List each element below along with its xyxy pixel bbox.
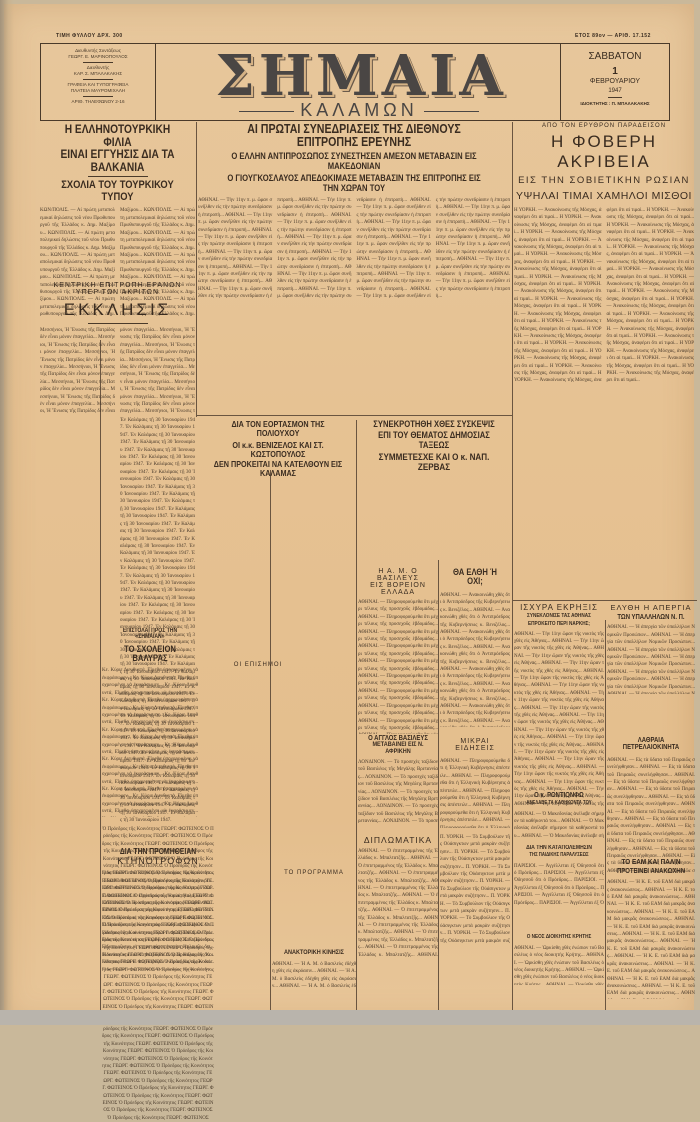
article-body: Μεσσήνιοι, Ἡ Ἕνωσις τῆς Πατρίδος δὲν εἶν… bbox=[40, 327, 195, 417]
article-ridgeway: Ο κ. ΡΟΝΤΙΟΝΦΩ ΑΝΕΛΑΒΕ ΤΑ ΚΑΘΗΚΟΝΤΑ ΤΟΥ … bbox=[514, 792, 604, 841]
subhead: ΑΝΕΛΑΒΕ ΤΑ ΚΑΘΗΚΟΝΤΑ ΤΟΥ bbox=[521, 801, 598, 806]
article-commission: ΑΙ ΠΡΩΤΑΙ ΣΥΝΕΔΡΙΑΣΕΙΣ ΤΗΣ ΔΙΕΘΝΟΥΣ ΕΠΙΤ… bbox=[198, 123, 510, 432]
headline: ΕΚΚΛΗΣΙΣ bbox=[40, 300, 195, 320]
article-explosions: ΙΣΧΥΡΑ ΕΚΡΗΞΙΣ ΣΥΝΕΚΛΟΝΙΣΕ ΤΑΣ ΑΘΗΝΑΣ ΕΠ… bbox=[514, 603, 604, 806]
headline: ΔΕΝ ΠΡΟΚΕΙΤΑΙ ΝΑ ΚΑΤΕΛΘΟΥΝ ΕΙΣ ΚΑΛΑΜΑΣ bbox=[210, 460, 346, 478]
article-strike: ΕΛΥΘΗ Η ΑΠΕΡΓΙΑ ΤΩΝ ΥΠΑΛΛΗΛΩΝ Ν. Π. ΑΘΗΝ… bbox=[607, 603, 695, 694]
headline: Ο ΝΕΟΣ ΔΙΟΙΚΗΤΗΣ ΚΡΗΤΗΣ bbox=[521, 935, 598, 941]
subhead: ΣΥΝΕΚΛΟΝΙΣΕ ΤΑΣ ΑΘΗΝΑΣ bbox=[521, 614, 598, 620]
headline: Η ΕΛΛΗΝΟΤΟΥΡΚΙΚΗ ΦΙΛΙΑ bbox=[52, 123, 184, 148]
article-crete: Ο ΝΕΟΣ ΔΙΟΙΚΗΤΗΣ ΚΡΗΤΗΣ ΑΘΗΝΑΙ. — Ὡρκίσθ… bbox=[514, 935, 604, 985]
masthead: Διευθυντής Συντάξεως ΓΕΩΡΓ. Ε. ΜΑΡΙΝΟΠΟΥ… bbox=[40, 43, 670, 121]
article-body: ΠΑΡΙΣΙΟΙ. — Ἀγγέλλεται ἐξ Ὀδησσοῦ ὅτι ὁ … bbox=[514, 863, 604, 908]
owner-line: ΙΔΙΟΚΤΗΤΗΣ : Π. ΜΠΑΛΑΚΑΚΗΣ bbox=[561, 101, 669, 106]
subhead: ΣΧΟΛΙΑ ΤΟΥ ΤΟΥΡΚΙΚΟΥ ΤΥΠΟΥ bbox=[52, 180, 184, 203]
kicker: ΚΕΝΤΡΙΚΗ ΕΠΙΤΡΟΠΗ ΕΡΑΝΩΝ bbox=[40, 282, 195, 289]
article-body bbox=[198, 482, 358, 662]
subhead: Ο ΓΙΟΥΓΚΟΣΛΑΥΟΣ ΑΠΕΔΟΚΙΜΑΣΕ ΜΕΤΑΒΑΣΙΝ ΤΗ… bbox=[221, 174, 486, 193]
headline: ΜΙΚΡΑΙ ΕΙΔΗΣΕΙΣ bbox=[440, 738, 510, 752]
article-english-king: Ο ΑΓΓΛΟΣ ΒΑΣΙΛΕΥΣ ΜΕΤΑΒΑΙΝΕΙ ΕΙΣ Ν. ΑΦΡΙ… bbox=[358, 735, 438, 823]
issue-note: ΕΤΟΣ 89ον — ΑΡΙΘ. 17.152 bbox=[575, 33, 651, 39]
headline: ΕΠΙ ΤΟΥ ΘΕΜΑΤΟΣ ΔΗΜΟΣΙΑΣ ΤΑΞΕΩΣ bbox=[369, 431, 498, 450]
headline: ΕΙΝΑΙ ΕΓΓΥΗΣΙΣ ΔΙΑ ΤΑ ΒΑΛΚΑΝΙΑ bbox=[52, 148, 184, 173]
headline: ΠΡΟΤΕΙΝΕΙ ΑΝΑΚΩΧΗΝ bbox=[614, 868, 689, 875]
headline: ΑΙ ΠΡΩΤΑΙ ΣΥΝΕΔΡΙΑΣΕΙΣ ΤΗΣ ΔΙΕΘΝΟΥΣ ΕΠΙΤ… bbox=[221, 123, 486, 149]
article-body: Κε. Κύριε Διευθυντά, Εἴμεθα ὑποχρεωμένοι… bbox=[102, 667, 198, 817]
headline: ΔΙΠΛΩΜΑΤΙΚΑ bbox=[358, 835, 438, 845]
credit-line: ΠΛΑΤΕΙΑ ΜΑΥΡΟΜΙΧΑΛΗ bbox=[41, 88, 155, 94]
issue-date-box: ΣΑΒΒΑΤΟΝ 1 ΦΕΒΡΟΥΑΡΙΟΥ 1947 ΙΔΙΟΚΤΗΤΗΣ :… bbox=[560, 44, 669, 120]
subhead: ΥΨΗΛΑΙ ΤΙΜΑΙ ΧΑΜΗΛΟΙ ΜΙΣΘΟΙ bbox=[514, 190, 694, 202]
article-small-news: ΜΙΚΡΑΙ ΕΙΔΗΣΕΙΣ ΑΘΗΝΑΙ. — Πληροφορούμεθα… bbox=[440, 738, 510, 944]
kicker: ΥΠΕΡ ΤΩΝ ΑΚΡΙΤΩΝ bbox=[40, 289, 195, 296]
livestock-signature: Ὁ Πρόεδρος τῆς Κοινότητος ΓΕΩΡΓ. ΦΩΤΕΙΝΟ… bbox=[102, 826, 214, 1025]
date-month: ΦΕΒΡΟΥΑΡΙΟΥ bbox=[561, 78, 669, 85]
article-body: ΑΘΗΝΑΙ. — Τὴν 11ην π. μ. ὥραν συνῆλθεν ε… bbox=[198, 197, 510, 432]
article-body: ΑΘΗΝΑΙ. — Ὡρκίσθη χθὲς ἐνώπιον τοῦ Βασιλ… bbox=[514, 945, 604, 985]
price-note: ΤΙΜΗ ΦΥΛΛΟΥ ΔΡΧ. 300 bbox=[56, 33, 123, 39]
subhead: Ο ΕΛΛΗΝ ΑΝΤΙΠΡΟΣΩΠΟΣ ΣΥΝΕΣΤΗΣΕΝ ΑΜΕΣΟΝ Μ… bbox=[221, 152, 486, 171]
article-body: Π. ΥΟΡΚΗ. — Τὸ Συμβούλιον τῆς Οὐάσιγκτων… bbox=[440, 834, 510, 944]
subhead: ΤΗΣ ΠΑΙΔΙΚΗΣ ΠΑΡΑΛΥΣΕΩΣ bbox=[521, 853, 598, 858]
headline: ΕΙΣ ΒΟΡΕΙΟΝ ΕΛΛΑΔΑ bbox=[358, 582, 438, 596]
article-diplomatic: ΔΙΠΛΩΜΑΤΙΚΑ ΑΘΗΝΑΙ. — Ὁ ἐπιτετραμμένος τ… bbox=[358, 835, 438, 958]
headline: ΕΛΥΘΗ Η ΑΠΕΡΓΙΑ bbox=[607, 603, 695, 612]
headline: ΑΝΑΚΤΟΡΙΚΗ ΚΙΝΗΣΙΣ bbox=[278, 950, 349, 957]
subhead: ΕΙΣ ΤΗΝ ΣΟΒΙΕΤΙΚΗΝ ΡΩΣΙΑΝ bbox=[514, 175, 694, 186]
section-heading: ΟΙ ΕΠΙΣΗΜΟΙ bbox=[158, 662, 358, 668]
kicker: ΕΠΙΣΤΟΛΑΙ ΠΡΟΣ ΤΗΝ «ΣΗΜΑΙΑΝ» bbox=[109, 628, 191, 641]
date-year: 1947 bbox=[561, 88, 669, 94]
article-body: ΑΘΗΝΑΙ. — Πληροφορούμεθα ὅτι ἡ Ἑλληνικὴ … bbox=[440, 758, 510, 828]
headline: ΣΥΜΜΕΤΕΣΧΕ ΚΑΙ Ο κ. ΝΑΠ. ΖΕΡΒΑΣ bbox=[369, 453, 498, 473]
date-day: 1 bbox=[561, 66, 669, 77]
section-heading: ΤΟ ΠΡΟΓΡΑΜΜΑ bbox=[272, 870, 356, 876]
article-body: ΑΘΗΝΑΙ. — Ὁ ἐπιτετραμμένος τῆς Ἑλλάδος κ… bbox=[358, 848, 438, 958]
headline: ΤΟ ΕΑΜ ΚΑΙ ΠΑΛΙΝ bbox=[614, 858, 689, 866]
headline: ΔΙΑ ΤΗΝ ΚΑΤΑΠΟΛΕΜΗΣΙΝ bbox=[521, 845, 598, 851]
date-weekday: ΣΑΒΒΑΤΟΝ bbox=[561, 51, 669, 62]
headline: ΘΑ ΕΛΘΗ Ή ΟΧΙ; bbox=[445, 568, 505, 587]
article-body: ΑΘΗΝΑΙ. — Ἡ Κ. Ε. τοῦ ΕΑΜ διὰ μακρᾶς ἀνα… bbox=[607, 879, 695, 999]
scan-background bbox=[0, 1010, 700, 1025]
kicker: ΔΙΑ ΤΟΝ ΕΟΡΤΑΣΜΟΝ ΤΗΣ ΠΟΛΙΟΥΧΟΥ bbox=[210, 420, 346, 438]
article-body: ΑΘΗΝΑΙ. — Ἀνακοινώθη χθὲς ὅτι ὁ Ἀντιπρόε… bbox=[440, 592, 510, 727]
article-smuggling: ΛΑΘΡΑΙΑ ΠΕΤΡΕΛΑΙΟΚΙΝΗΤΑ ΑΘΗΝΑΙ. — Εἰς τὰ… bbox=[607, 737, 695, 872]
headline: ΟΙ κ.κ. ΒΕΝΙΖΕΛΟΣ ΚΑΙ ΣΤ. ΚΩΣΤΟΠΟΥΛΟΣ bbox=[210, 441, 346, 459]
article-children: ΔΙΑ ΤΗΝ ΚΑΤΑΠΟΛΕΜΗΣΙΝ ΤΗΣ ΠΑΙΔΙΚΗΣ ΠΑΡΑΛ… bbox=[514, 845, 604, 908]
headline: Ο κ. ΡΟΝΤΙΟΝΦΩ bbox=[521, 792, 598, 799]
article-body: ΛΟΝΔΙΝΟΝ. — Τὸ προσεχὲς ταξίδιον τοῦ Βασ… bbox=[358, 759, 438, 823]
headline: ΛΑΘΡΑΙΑ ΠΕΤΡΕΛΑΙΟΚΙΝΗΤΑ bbox=[614, 737, 689, 752]
article-body: ΑΘΗΝΑΙ. — Ὁ Μακεδονίας ἀνέλαβε σήμερον τ… bbox=[514, 811, 604, 841]
newspaper-subtitle: ΚΑΛΑΜΩΝ bbox=[199, 100, 519, 121]
article-body: ΑΘΗΝΑΙ. — Πληροφορούμεθα ὅτι μέχρι τέλου… bbox=[358, 599, 438, 734]
article-body-continued bbox=[16, 420, 98, 1000]
kicker: ΑΠΟ ΤΟΝ ΕΡΥΘΡΟΝ ΠΑΡΑΔΕΙΣΟΝ bbox=[514, 123, 694, 129]
article-king-north: Η Α. Μ. Ο ΒΑΣΙΛΕΥΣ ΕΙΣ ΒΟΡΕΙΟΝ ΕΛΛΑΔΑ ΑΘ… bbox=[358, 568, 438, 734]
article-body bbox=[358, 477, 510, 567]
article-letter: ΕΠΙΣΤΟΛΑΙ ΠΡΟΣ ΤΗΝ «ΣΗΜΑΙΑΝ» ΤΟ ΣΧΟΛΕΙΟΝ… bbox=[102, 628, 198, 817]
credit-line: ΑΡΙΘ. ΤΗΛΕΦΩΝΟΥ 2-16 bbox=[41, 99, 155, 105]
article-body: ΑΘΗΝΑΙ. — Ἡ ἀπεργία τῶν ὑπαλλήλων Νομικῶ… bbox=[607, 624, 695, 694]
page-edge-shadow bbox=[0, 0, 14, 1025]
credit-line: ΓΕΩΡΓ. Ε. ΜΑΡΙΝΟΠΟΥΛΟΣ bbox=[41, 54, 155, 60]
headline: Η ΦΟΒΕΡΗ ΑΚΡΙΒΕΙΑ bbox=[514, 132, 694, 172]
subhead: ΕΠΡΟΚΕΙΤΟ ΠΕΡΙ ΝΑΡΚΗΣ; bbox=[521, 622, 598, 628]
article-body: ΑΘΗΝΑΙ. — Εἰς τὰ ὕδατα τοῦ Πειραιῶς συνε… bbox=[607, 757, 695, 872]
article-body: ΑΘΗΝΑΙ. — Τὴν 11ην ὥραν τῆς νυκτὸς τῆς χ… bbox=[514, 631, 604, 806]
headline: ΤΩΝ ΥΠΑΛΛΗΛΩΝ Ν. Π. bbox=[614, 614, 689, 621]
article-palace: ΑΝΑΚΤΟΡΙΚΗ ΚΙΝΗΣΙΣ ΑΘΗΝΑΙ. — Ἡ Α. Μ. ὁ Β… bbox=[272, 950, 356, 991]
article-feast: ΔΙΑ ΤΟΝ ΕΟΡΤΑΣΜΟΝ ΤΗΣ ΠΟΛΙΟΥΧΟΥ ΟΙ κ.κ. … bbox=[198, 420, 358, 668]
article-body: Η ΥΟΡΚΗ. — Ἀνακοίνωσις τῆς Μόσχας, ἀναφέ… bbox=[514, 207, 694, 597]
headline: ΙΣΧΥΡΑ ΕΚΡΗΞΙΣ bbox=[514, 603, 604, 612]
credit-line: ΚΑΡ. Σ. ΜΠΑΛΑΚΑΚΗΣ bbox=[41, 71, 155, 77]
newspaper-title: ΣΗΜΑΙΑ bbox=[211, 46, 511, 106]
headline: Η Α. Μ. Ο ΒΑΣΙΛΕΥΣ bbox=[358, 568, 438, 582]
article-body: ΑΘΗΝΑΙ. — Ἡ Α. Μ. ὁ Βασιλεὺς ἐδέχθη χθὲς… bbox=[272, 961, 356, 991]
article-eam: ΤΟ ΕΑΜ ΚΑΙ ΠΑΛΙΝ ΠΡΟΤΕΙΝΕΙ ΑΝΑΚΩΧΗΝ ΑΘΗΝ… bbox=[607, 858, 695, 999]
headline: ΜΕΤΑΒΑΙΝΕΙ ΕΙΣ Ν. ΑΦΡΙΚΗΝ bbox=[364, 742, 432, 756]
masthead-credits: Διευθυντής Συντάξεως ΓΕΩΡΓ. Ε. ΜΑΡΙΝΟΠΟΥ… bbox=[41, 44, 156, 120]
article-soviet: ΑΠΟ ΤΟΝ ΕΡΥΘΡΟΝ ΠΑΡΑΔΕΙΣΟΝ Η ΦΟΒΕΡΗ ΑΚΡΙ… bbox=[514, 123, 694, 597]
headline: ΣΥΝΕΚΡΟΤΗΘΗ ΧΘΕΣ ΣΥΣΚΕΨΙΣ bbox=[369, 420, 498, 429]
article-meeting: ΣΥΝΕΚΡΟΤΗΘΗ ΧΘΕΣ ΣΥΣΚΕΨΙΣ ΕΠΙ ΤΟΥ ΘΕΜΑΤΟ… bbox=[358, 420, 510, 567]
article-yes-no: ΘΑ ΕΛΘΗ Ή ΟΧΙ; ΑΘΗΝΑΙ. — Ἀνακοινώθη χθὲς… bbox=[440, 568, 510, 727]
